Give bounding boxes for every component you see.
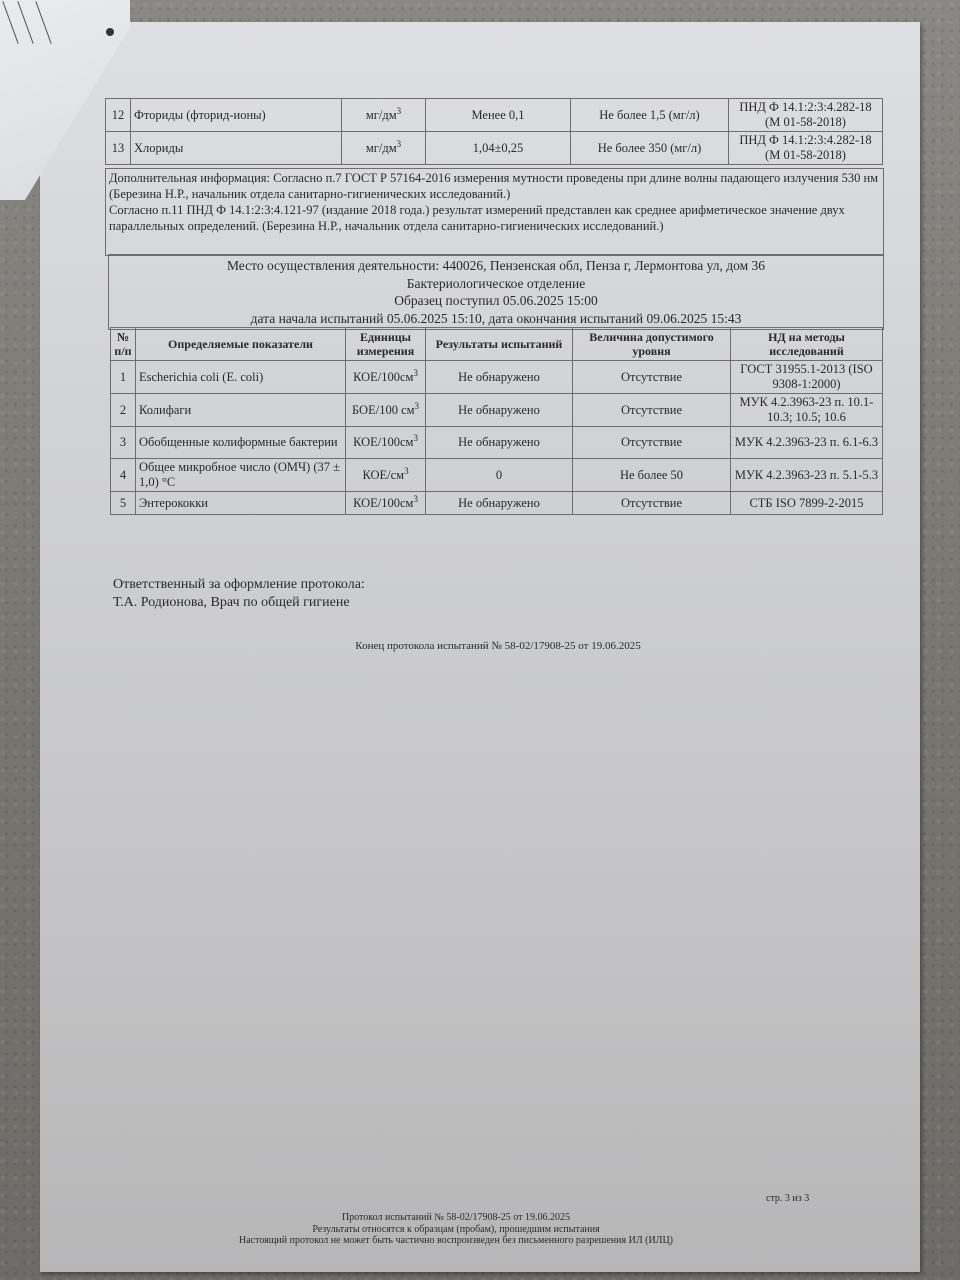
test-result: Не обнаружено [426,361,573,394]
footer-results-note: Результаты относятся к образцам (пробам)… [0,1224,912,1236]
row-number: 13 [106,132,131,165]
indicator-name: Колифаги [136,394,346,427]
method-document: ПНД Ф 14.1:2:3:4.282-18 (М 01-58-2018) [729,99,883,132]
additional-info-line-2: Согласно п.11 ПНД Ф 14.1:2:3:4.121-97 (и… [109,202,880,234]
table-row: 13 Хлориды мг/дм3 1,04±0,25 Не более 350… [106,132,883,165]
test-result: Не обнаружено [426,492,573,515]
results-table-chemical: 12 Фториды (фторид-ионы) мг/дм3 Менее 0,… [105,98,883,165]
row-number: 5 [111,492,136,515]
row-number: 3 [111,427,136,459]
unit: мг/дм3 [342,99,426,132]
location-address: Место осуществления деятельности: 440026… [109,257,883,275]
col-header-method: НД на методы исследований [731,328,883,361]
permissible-level: Отсутствие [573,394,731,427]
table-header-row: № п/п Определяемые показатели Единицы из… [111,328,883,361]
col-header-indicator: Определяемые показатели [136,328,346,361]
permissible-level: Не более 50 [573,459,731,492]
indicator-name: Escherichia coli (E. coli) [136,361,346,394]
location-header: Место осуществления деятельности: 440026… [108,254,884,330]
table-row: 3Обобщенные колиформные бактерииКОЕ/100с… [111,427,883,459]
unit: КОЕ/см3 [346,459,426,492]
test-result: Не обнаружено [426,394,573,427]
col-header-result: Результаты испытаний [426,328,573,361]
staple-icon [106,28,114,36]
unit: КОЕ/100см3 [346,427,426,459]
results-table-bacteriological: № п/п Определяемые показатели Единицы из… [110,327,883,515]
permissible-level: Отсутствие [573,427,731,459]
row-number: 12 [106,99,131,132]
permissible-level: Отсутствие [573,361,731,394]
method-document: ПНД Ф 14.1:2:3:4.282-18 (М 01-58-2018) [729,132,883,165]
footer-protocol-number: Протокол испытаний № 58-02/17908-25 от 1… [0,1212,912,1224]
permissible-level: Отсутствие [573,492,731,515]
page-footer: Протокол испытаний № 58-02/17908-25 от 1… [0,1212,960,1247]
indicator-name: Общее микробное число (ОМЧ) (37 ± 1,0) °… [136,459,346,492]
table-row: 5ЭнтерококкиКОЕ/100см3Не обнаруженоОтсут… [111,492,883,515]
table-row: 2КолифагиБОЕ/100 см3Не обнаруженоОтсутст… [111,394,883,427]
unit: КОЕ/100см3 [346,361,426,394]
table-row: 4Общее микробное число (ОМЧ) (37 ± 1,0) … [111,459,883,492]
row-number: 1 [111,361,136,394]
responsible-person: Т.А. Родионова, Врач по общей гигиене [113,594,365,612]
row-number: 2 [111,394,136,427]
unit: КОЕ/100см3 [346,492,426,515]
end-of-protocol: Конец протокола испытаний № 58-02/17908-… [0,640,960,652]
test-dates: дата начала испытаний 05.06.2025 15:10, … [109,310,883,328]
test-result: Не обнаружено [426,427,573,459]
unit: мг/дм3 [342,132,426,165]
test-result: 0 [426,459,573,492]
permissible-level: Не более 350 (мг/л) [571,132,729,165]
method-document: МУК 4.2.3963-23 п. 6.1-6.3 [731,427,883,459]
col-header-unit: Единицы измерения [346,328,426,361]
col-header-number: № п/п [111,328,136,361]
additional-info-line-1: Дополнительная информация: Согласно п.7 … [109,170,880,202]
indicator-name: Хлориды [131,132,342,165]
table-row: 1Escherichia coli (E. coli)КОЕ/100см3Не … [111,361,883,394]
sample-received: Образец поступил 05.06.2025 15:00 [109,292,883,310]
row-number: 4 [111,459,136,492]
department-name: Бактериологическое отделение [109,275,883,293]
responsible-label: Ответственный за оформление протокола: [113,576,365,594]
indicator-name: Обобщенные колиформные бактерии [136,427,346,459]
additional-info: Дополнительная информация: Согласно п.7 … [105,168,884,256]
permissible-level: Не более 1,5 (мг/л) [571,99,729,132]
test-result: 1,04±0,25 [426,132,571,165]
method-document: МУК 4.2.3963-23 п. 10.1-10.3; 10.5; 10.6 [731,394,883,427]
method-document: МУК 4.2.3963-23 п. 5.1-5.3 [731,459,883,492]
method-document: СТБ ISO 7899-2-2015 [731,492,883,515]
indicator-name: Энтерококки [136,492,346,515]
page-number: стр. 3 из 3 [766,1193,809,1204]
method-document: ГОСТ 31955.1-2013 (ISO 9308-1:2000) [731,361,883,394]
indicator-name: Фториды (фторид-ионы) [131,99,342,132]
table-row: 12 Фториды (фторид-ионы) мг/дм3 Менее 0,… [106,99,883,132]
test-result: Менее 0,1 [426,99,571,132]
footer-reproduction-note: Настоящий протокол не может быть частичн… [0,1235,912,1247]
unit: БОЕ/100 см3 [346,394,426,427]
responsible-block: Ответственный за оформление протокола: Т… [113,576,365,612]
col-header-limit: Величина допустимого уровня [573,328,731,361]
